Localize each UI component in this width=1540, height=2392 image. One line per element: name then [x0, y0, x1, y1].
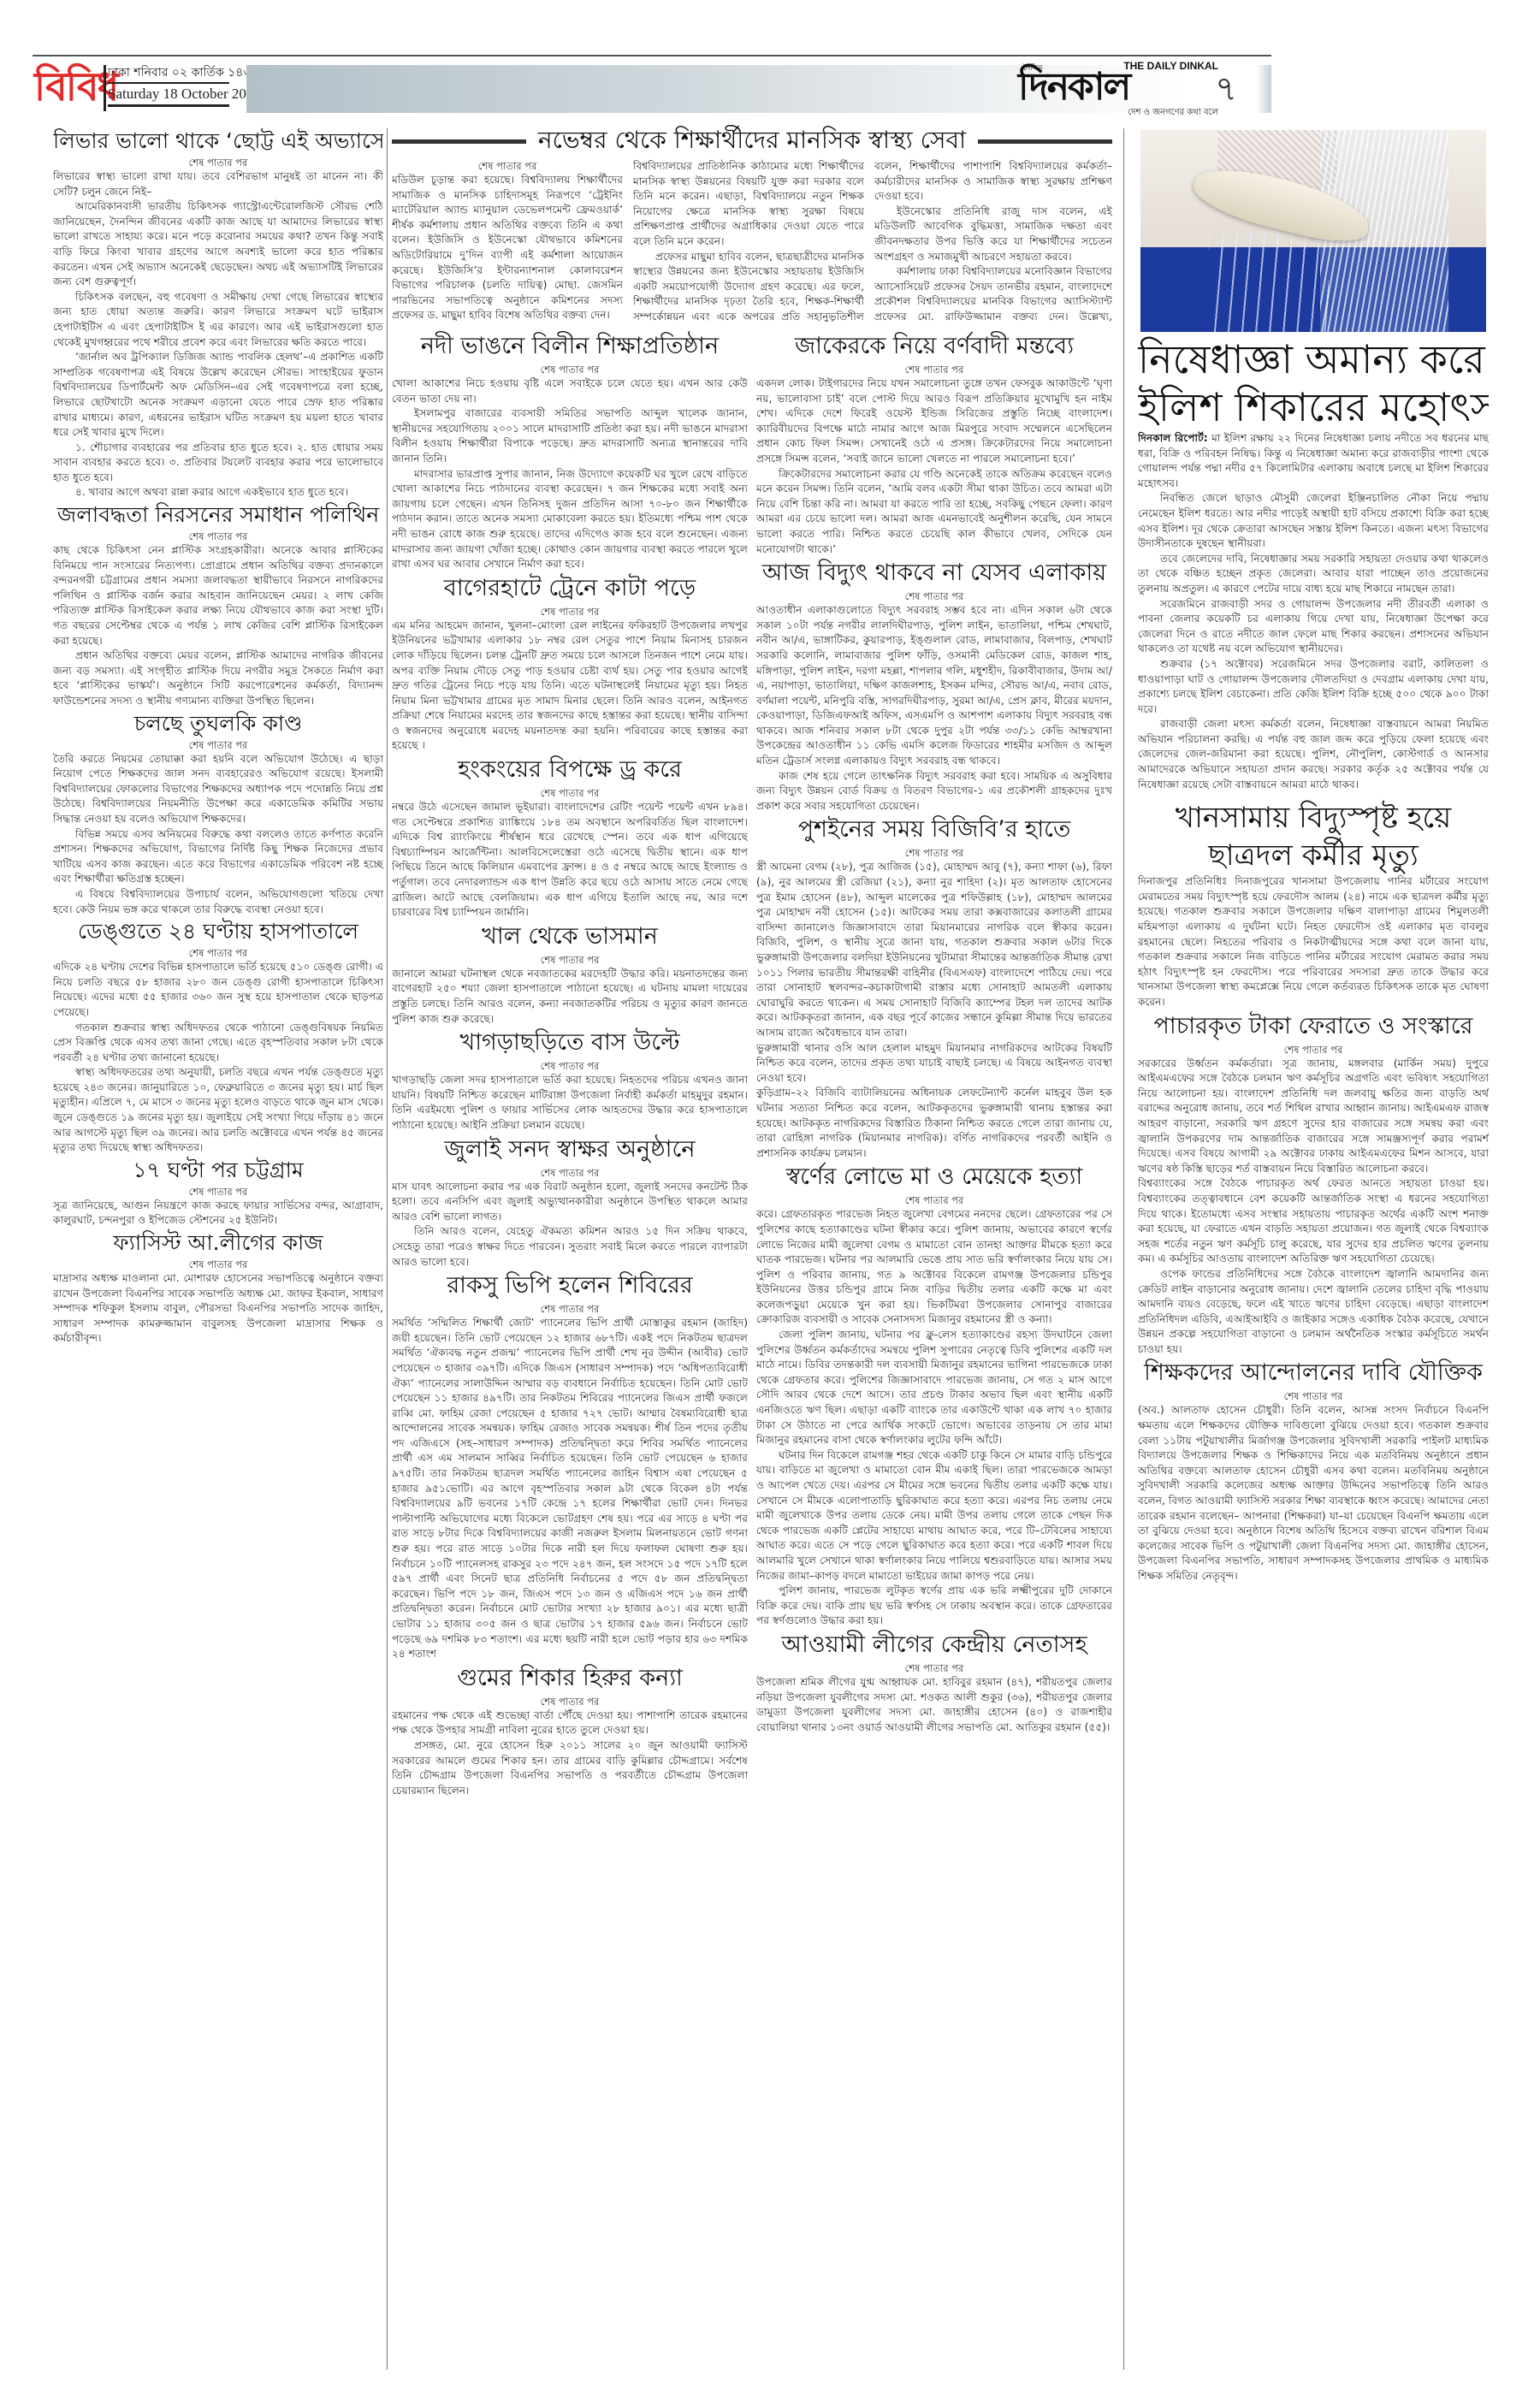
- article: খাল থেকে ভাসমান শেষ পাতার পর জানালে আমরা…: [392, 921, 748, 1027]
- continued-label: শেষ পাতার পর: [53, 156, 383, 169]
- lead-headline-line-2: ইলিশ শিকারের মহোৎসব: [1138, 383, 1489, 431]
- article-paragraph: বলেন, শিক্ষার্থীদের পাশাপাশি বিশ্ববিদ্যা…: [874, 159, 1112, 204]
- article: ১৭ ঘণ্টা পর চট্টগ্রাম শেষ পাতার পর সূত্র…: [53, 1156, 383, 1229]
- article: জুলাই সনদ স্বাক্ষর অনুষ্ঠানে শেষ পাতার প…: [392, 1134, 748, 1270]
- section-logo: বিবিধ: [34, 60, 103, 113]
- article: বাগেরহাটে ট্রেনে কাটা পড়ে শেষ পাতার পর …: [392, 572, 748, 754]
- article-paragraph: স্ত্রী আমেনা বেগম (২৮), পুত্র আজিজ (১৫),…: [756, 860, 1112, 1040]
- article-headline: গুমের শিকার হিরুর কন্যা: [392, 1662, 748, 1695]
- banner-headline: নভেম্বর থেকে শিক্ষার্থীদের মানসিক স্বাস্…: [392, 127, 1112, 156]
- continued-label: শেষ পাতার পর: [53, 946, 383, 960]
- article: স্বর্ণের লোভে মা ও মেয়েকে হত্যা শেষ পাত…: [756, 1161, 1112, 1629]
- article-paragraph: ইসলামপুর বাজারের ব্যবসায়ী সমিতির সভাপতি…: [392, 406, 748, 466]
- article-paragraph: উপজেলা শ্রমিক লীগের যুগ্ম আহ্বায়ক মো. হ…: [756, 1675, 1112, 1735]
- byline: দিনাজপুর প্রতিনিধিঃ: [1138, 875, 1228, 887]
- dateline: ঢাকা শনিবার ০২ কার্তিক ১৪৩২ Saturday 18 …: [108, 63, 229, 107]
- article-paragraph: আওতাধীন এলাকাগুলোতে বিদ্যুৎ সরবরাহ সম্ভব…: [756, 603, 1112, 769]
- continued-label: শেষ পাতার পর: [756, 1661, 1112, 1675]
- article-paragraph: মাস যাবৎ আলোচনা করার পর এক বিরাট অনুষ্ঠা…: [392, 1180, 748, 1225]
- article-paragraph: বিশ্বব্যাংকের সঙ্গে বৈঠকে পাচারকৃত অর্থ …: [1138, 1176, 1489, 1267]
- news-photo: [1140, 130, 1486, 332]
- continued-label: শেষ পাতার পর: [392, 953, 748, 967]
- article-paragraph: সরেজমিনে রাজবাড়ী সদর ও গোয়ালন্দ উপজেলা…: [1138, 597, 1489, 657]
- article-paragraph: জেলা পুলিশ জানায়, ঘটনার পর ক্লু-লেস হত্…: [756, 1328, 1112, 1448]
- article-paragraph: নিবন্ধিত জেলে ছাড়াও মৌসুমী জেলেরা ইঞ্জি…: [1138, 491, 1489, 551]
- article-paragraph: আমেরিকানবাসী ভারতীয় চিকিৎসক গ্যাস্ট্রোএ…: [53, 199, 383, 290]
- continued-label: শেষ পাতার পর: [1138, 1389, 1489, 1403]
- continued-label: শেষ পাতার পর: [392, 1166, 748, 1180]
- brand-name: দিনকাল: [1018, 67, 1129, 108]
- rule: [392, 139, 526, 144]
- article-paragraph: মাদ্রাসার অধ্যক্ষ মাওলানা মো. মোশারফ হোস…: [53, 1271, 383, 1347]
- article-headline: পাচারকৃত টাকা ফেরাতে ও সংস্কারে: [1138, 1010, 1489, 1043]
- masthead-band-end: [1256, 65, 1271, 113]
- article-paragraph: তবে জেলেদের দাবি, নিষেধাজ্ঞার সময় সরকার…: [1138, 552, 1489, 597]
- article: হংকংয়ের বিপক্ষে ড্র করে শেষ পাতার পর নম…: [392, 754, 748, 921]
- article-paragraph: তিনি আরও বলেন, যেহেতু ঐকমত্য কমিশন আরও ১…: [392, 1224, 748, 1270]
- newspaper-page: বিবিধ ঢাকা শনিবার ০২ কার্তিক ১৪৩২ Saturd…: [0, 0, 1540, 2392]
- article-paragraph: খোলা আকাশের নিচে হওয়ায় বৃষ্টি এলে সবাই…: [392, 376, 748, 406]
- article-paragraph: রাজবাড়ী জেলা মৎস্য কর্মকর্তা বলেন, নিষে…: [1138, 717, 1489, 792]
- article-paragraph: এদিকে ২৪ ঘণ্টায় দেশের বিভিন্ন হাসপাতালে…: [53, 960, 383, 1020]
- newspaper-logo: দৈনিক THE DAILY DINKAL দিনকাল দেশ ও জনগণ…: [1018, 58, 1232, 120]
- article-paragraph: রহমানের পক্ষ থেকে এই শুভেচ্ছা বার্তা পৌঁ…: [392, 1708, 748, 1738]
- article: ডেঙ্গুতে ২৪ ঘণ্টায় হাসপাতালে শেষ পাতার …: [53, 917, 383, 1156]
- article: শিক্ষকদের আন্দোলনের দাবি যৌক্তিক শেষ পাত…: [1138, 1357, 1489, 1584]
- article-paragraph: কর্মশালায় ঢাকা বিশ্ববিদ্যালয়ের মনোবিজ্…: [874, 264, 1112, 322]
- article-headline: পুশইনের সময় বিজিবি’র হাতে: [756, 814, 1112, 846]
- continued-label: শেষ পাতার পর: [392, 605, 748, 619]
- banner-story-col-3: বলেন, শিক্ষার্থীদের পাশাপাশি বিশ্ববিদ্যা…: [874, 159, 1112, 322]
- article-paragraph: ঘটনার দিন বিকেলে রামগঞ্জ শহর থেকে একটি চ…: [756, 1448, 1112, 1584]
- article-headline-line-2: ছাত্রদল কর্মীর মৃত্যু: [1138, 837, 1489, 874]
- article: পুশইনের সময় বিজিবি’র হাতে শেষ পাতার পর …: [756, 814, 1112, 1161]
- column-rule: [387, 128, 388, 2370]
- article: গুমের শিকার হিরুর কন্যা শেষ পাতার পর রহম…: [392, 1662, 748, 1799]
- article-paragraph: শুক্রবার (১৭ অক্টোবর) সরেজমিনে সদর উপজেল…: [1138, 657, 1489, 717]
- article-headline: ফ্যাসিস্ট আ.লীগের কাজ: [53, 1229, 383, 1258]
- article-paragraph: করে। গ্রেফতারকৃত পারভেজ নিহত জুলেখা বেগম…: [756, 1207, 1112, 1328]
- continued-label: শেষ পাতার পর: [392, 1695, 748, 1708]
- left-column: লিভার ভালো থাকে ‘ছোট্ট এই অভ্যাসে’ শেষ প…: [53, 127, 383, 2377]
- article: জাকেরকে নিয়ে বর্ণবাদী মন্তব্যে শেষ পাতা…: [756, 330, 1112, 557]
- brand-english: THE DAILY DINKAL: [1123, 60, 1218, 72]
- article: খানসামায় বিদ্যুস্পৃষ্ট হয়ে ছাত্রদল কর্…: [1138, 799, 1489, 1009]
- article-headline: খাল থেকে ভাসমান: [392, 921, 748, 953]
- article-headline: স্বর্ণের লোভে মা ও মেয়েকে হত্যা: [756, 1161, 1112, 1193]
- article-paragraph: ওপেক ফান্ডের প্রতিনিধিদের সঙ্গে বৈঠকে বা…: [1138, 1267, 1489, 1358]
- byline: দিনকাল রিপোর্ট:: [1138, 432, 1208, 444]
- article-paragraph: কুড়িগ্রাম–২২ বিজিবি ব্যাটালিয়নের অধিনা…: [756, 1086, 1112, 1161]
- photo-net-lines: [1209, 233, 1329, 332]
- banner-story-col-1: শেষ পাতার পর মডিউল চূড়ান্ত করা হয়েছে। …: [392, 159, 623, 322]
- article: খাগড়াছড়িতে বাস উল্টে শেষ পাতার পর খাগড…: [392, 1027, 748, 1133]
- continued-label: শেষ পাতার পর: [53, 1258, 383, 1271]
- article-headline: রাকসু ভিপি হলেন শিবিরের: [392, 1270, 748, 1302]
- column-rule: [1123, 128, 1124, 2370]
- article-headline: চলছে তুঘলকি কাণ্ড: [53, 709, 383, 738]
- article: চলছে তুঘলকি কাণ্ড শেষ পাতার পর তৈরি করতে…: [53, 709, 383, 918]
- article: পাচারকৃত টাকা ফেরাতে ও সংস্কারে শেষ পাতা…: [1138, 1010, 1489, 1358]
- article-paragraph: এম মনির আহমেদ জানান, খুলনা–মোংলা রেল লাই…: [392, 619, 748, 754]
- article-paragraph: এ বিষয়ে বিশ্ববিদ্যালয়ের উপাচার্য বলেন,…: [53, 887, 383, 917]
- continued-label: শেষ পাতার পর: [392, 786, 748, 800]
- article-headline: ডেঙ্গুতে ২৪ ঘণ্টায় হাসপাতালে: [53, 917, 383, 946]
- article-paragraph: ৪. খাবার আগে অথবা রান্না করার আগে একইভাব…: [53, 485, 383, 500]
- article-paragraph: সরকারের উর্ধ্বতন কর্মকর্তারা। সূত্র জানা…: [1138, 1057, 1489, 1177]
- article-headline: জলাবদ্ধতা নিরসনের সমাধান পলিথিন: [53, 500, 383, 530]
- continued-label: শেষ পাতার পর: [1138, 1043, 1489, 1057]
- article-paragraph: গতকাল শুক্রবার স্বাস্থ্য অধিদফতর থেকে পা…: [53, 1021, 383, 1066]
- page-number: ৭: [1215, 62, 1237, 119]
- article-paragraph: সূত্র জানিয়েছে, আগুন নিয়ন্ত্রণে কাজ কর…: [53, 1199, 383, 1229]
- divider: [104, 65, 106, 111]
- article-paragraph: মডিউল চূড়ান্ত করা হয়েছে। বিশ্ববিদ্যালয…: [392, 173, 623, 322]
- article-paragraph: খাগড়াছড়ি জেলা সদর হাসপাতালে ভর্তি করা …: [392, 1073, 748, 1133]
- continued-label: শেষ পাতার পর: [756, 589, 1112, 603]
- banner-title: নভেম্বর থেকে শিক্ষার্থীদের মানসিক স্বাস্…: [526, 121, 978, 162]
- article-headline: আজ বিদ্যুৎ থাকবে না যেসব এলাকায়: [756, 557, 1112, 589]
- rule: [978, 139, 1112, 144]
- date-english: Saturday 18 October 2025: [108, 84, 229, 107]
- article-paragraph: একদল লোক। টাইগারদের নিয়ে যখন সমালোচনা ত…: [756, 376, 1112, 467]
- top-rule: [33, 55, 1271, 56]
- right-column: নিষেধাজ্ঞা অমান্য করে পদ্মায় ইলিশ শিকার…: [1138, 130, 1489, 2371]
- article-headline: লিভার ভালো থাকে ‘ছোট্ট এই অভ্যাসে’: [53, 127, 383, 156]
- continued-label: শেষ পাতার পর: [53, 530, 383, 543]
- article-paragraph: কাজ শেষ হয়ে গেলে তাৎক্ষনিক বিদ্যুৎ সরবর…: [756, 769, 1112, 814]
- continued-label: শেষ পাতার পর: [53, 1185, 383, 1199]
- continued-label: শেষ পাতার পর: [756, 846, 1112, 860]
- article: আজ বিদ্যুৎ থাকবে না যেসব এলাকায় শেষ পাত…: [756, 557, 1112, 814]
- continued-label: শেষ পাতার পর: [392, 363, 748, 376]
- article-headline: জুলাই সনদ স্বাক্ষর অনুষ্ঠানে: [392, 1134, 748, 1166]
- article: লিভার ভালো থাকে ‘ছোট্ট এই অভ্যাসে’ শেষ প…: [53, 127, 383, 500]
- article: ফ্যাসিস্ট আ.লীগের কাজ শেষ পাতার পর মাদ্র…: [53, 1229, 383, 1347]
- article-paragraph: ক্রিকেটারদের সমালোচনা করার যে গণ্ডি অনেক…: [756, 467, 1112, 558]
- continued-label: শেষ পাতার পর: [756, 363, 1112, 376]
- article-headline-line-1: খানসামায় বিদ্যুস্পৃষ্ট হয়ে: [1138, 799, 1489, 837]
- article-paragraph: প্রধান অতিথির বক্তব্যে মেয়র বলেন, প্লাস…: [53, 648, 383, 708]
- article-headline: খাগড়াছড়িতে বাস উল্টে: [392, 1027, 748, 1059]
- article-headline: নদী ভাঙনে বিলীন শিক্ষাপ্রতিষ্ঠান: [392, 330, 748, 363]
- article-paragraph: কাছ থেকে চিকিৎসা নেন প্লাস্টিক সংগ্রহকার…: [53, 543, 383, 648]
- article-paragraph: চিকিৎসক বলছেন, বহু গবেষণা ও সমীক্ষায় দে…: [53, 290, 383, 350]
- article-paragraph: ভুরুঙ্গামারী থানার ওসি আল হেলাল মাহমুদ ম…: [756, 1041, 1112, 1086]
- article-paragraph: প্রসঙ্গত, মো. নুরে হোসেন হিরু ২০১১ সালের…: [392, 1738, 748, 1798]
- article-paragraph: নম্বরে উঠে এসেছেন জামাল ভূইয়ারা। বাংলাদ…: [392, 800, 748, 921]
- article-headline: জাকেরকে নিয়ে বর্ণবাদী মন্তব্যে: [756, 330, 1112, 363]
- article: জলাবদ্ধতা নিরসনের সমাধান পলিথিন শেষ পাতা…: [53, 500, 383, 709]
- article: রাকসু ভিপি হলেন শিবিরের শেষ পাতার পর সমর…: [392, 1270, 748, 1662]
- article-paragraph: তৈরি করতে নিয়মের তোয়াক্কা করা হয়নি বল…: [53, 752, 383, 827]
- article-headline: আওয়ামী লীগের কেন্দ্রীয় নেতাসহ: [756, 1629, 1112, 1661]
- article-paragraph: বিশ্ববিদ্যালয়ের প্রাতিষ্ঠানিক কাঠামোর ম…: [633, 159, 864, 250]
- article: নদী ভাঙনে বিলীন শিক্ষাপ্রতিষ্ঠান শেষ পাত…: [392, 330, 748, 572]
- article-paragraph: ইউনেস্কোর প্রতিনিধি রাজু দাস বলেন, এই মড…: [874, 204, 1112, 264]
- article-paragraph: (অব.) আলতাফ হোসেন চৌধুরী। তিনি বলেন, আসন…: [1138, 1403, 1489, 1584]
- lead-article: নিষেধাজ্ঞা অমান্য করে পদ্মায় ইলিশ শিকার…: [1138, 335, 1489, 792]
- article-headline: শিক্ষকদের আন্দোলনের দাবি যৌক্তিক: [1138, 1357, 1489, 1389]
- article-paragraph: জানালে আমরা ঘটনাস্থল থেকে নবজাতকের মরদেহ…: [392, 967, 748, 1027]
- brand-tagline: দেশ ও জনগণের কথা বলে: [1128, 106, 1218, 121]
- article-headline: বাগেরহাটে ট্রেনে কাটা পড়ে: [392, 572, 748, 605]
- date-bengali: ঢাকা শনিবার ০২ কার্তিক ১৪৩২: [108, 63, 229, 84]
- article-paragraph: প্রফেসর মাছুমা হাবিব বলেন, ছাত্রছাত্রীদে…: [633, 250, 864, 322]
- article-paragraph: দিনাজপুরের খানসামা উপজেলায় পানির মর্টার…: [1138, 875, 1489, 1008]
- continued-label: শেষ পাতার পর: [756, 1193, 1112, 1207]
- middle-column-1: নদী ভাঙনে বিলীন শিক্ষাপ্রতিষ্ঠান শেষ পাত…: [392, 330, 748, 2375]
- article-paragraph: পুলিশ জানায়, পারভেজ লুটকৃত স্বর্ণের প্র…: [756, 1584, 1112, 1629]
- continued-label: শেষ পাতার পর: [392, 159, 623, 173]
- article: আওয়ামী লীগের কেন্দ্রীয় নেতাসহ শেষ পাতা…: [756, 1629, 1112, 1735]
- article-paragraph: লিভারের স্বাস্থ্য ভালো রাখা যায়। তবে বে…: [53, 169, 383, 199]
- article-paragraph: স্বাস্থ্য অধিদফতরের তথ্য অনুযায়ী, চলতি …: [53, 1065, 383, 1156]
- middle-column-2: জাকেরকে নিয়ে বর্ণবাদী মন্তব্যে শেষ পাতা…: [756, 330, 1112, 2375]
- continued-label: শেষ পাতার পর: [53, 738, 383, 752]
- article-headline: হংকংয়ের বিপক্ষে ড্র করে: [392, 754, 748, 786]
- article-paragraph: ‘জার্নাল অব ট্রপিক্যাল ডিজিজ অ্যান্ড পাব…: [53, 350, 383, 441]
- article-paragraph: বিভিন্ন সময়ে এসব অনিয়মের বিরুদ্ধে কথা …: [53, 827, 383, 887]
- continued-label: শেষ পাতার পর: [392, 1302, 748, 1316]
- continued-label: শেষ পাতার পর: [392, 1059, 748, 1073]
- article-paragraph: মাদরাসার ভারপ্রাপ্ত সুপার জানান, নিজ উদ্…: [392, 467, 748, 572]
- article-paragraph: ১. শৌচাগার ব্যবহারের পর প্রতিবার হাত ধুত…: [53, 441, 383, 486]
- banner-story-col-2: বিশ্ববিদ্যালয়ের প্রাতিষ্ঠানিক কাঠামোর ম…: [633, 159, 864, 322]
- lead-headline-line-1: নিষেধাজ্ঞা অমান্য করে পদ্মায়: [1138, 335, 1489, 383]
- article-headline: ১৭ ঘণ্টা পর চট্টগ্রাম: [53, 1156, 383, 1185]
- article-paragraph: সমর্থিত ‘সম্মিলিত শিক্ষার্থী জোট’ প্যানে…: [392, 1316, 748, 1662]
